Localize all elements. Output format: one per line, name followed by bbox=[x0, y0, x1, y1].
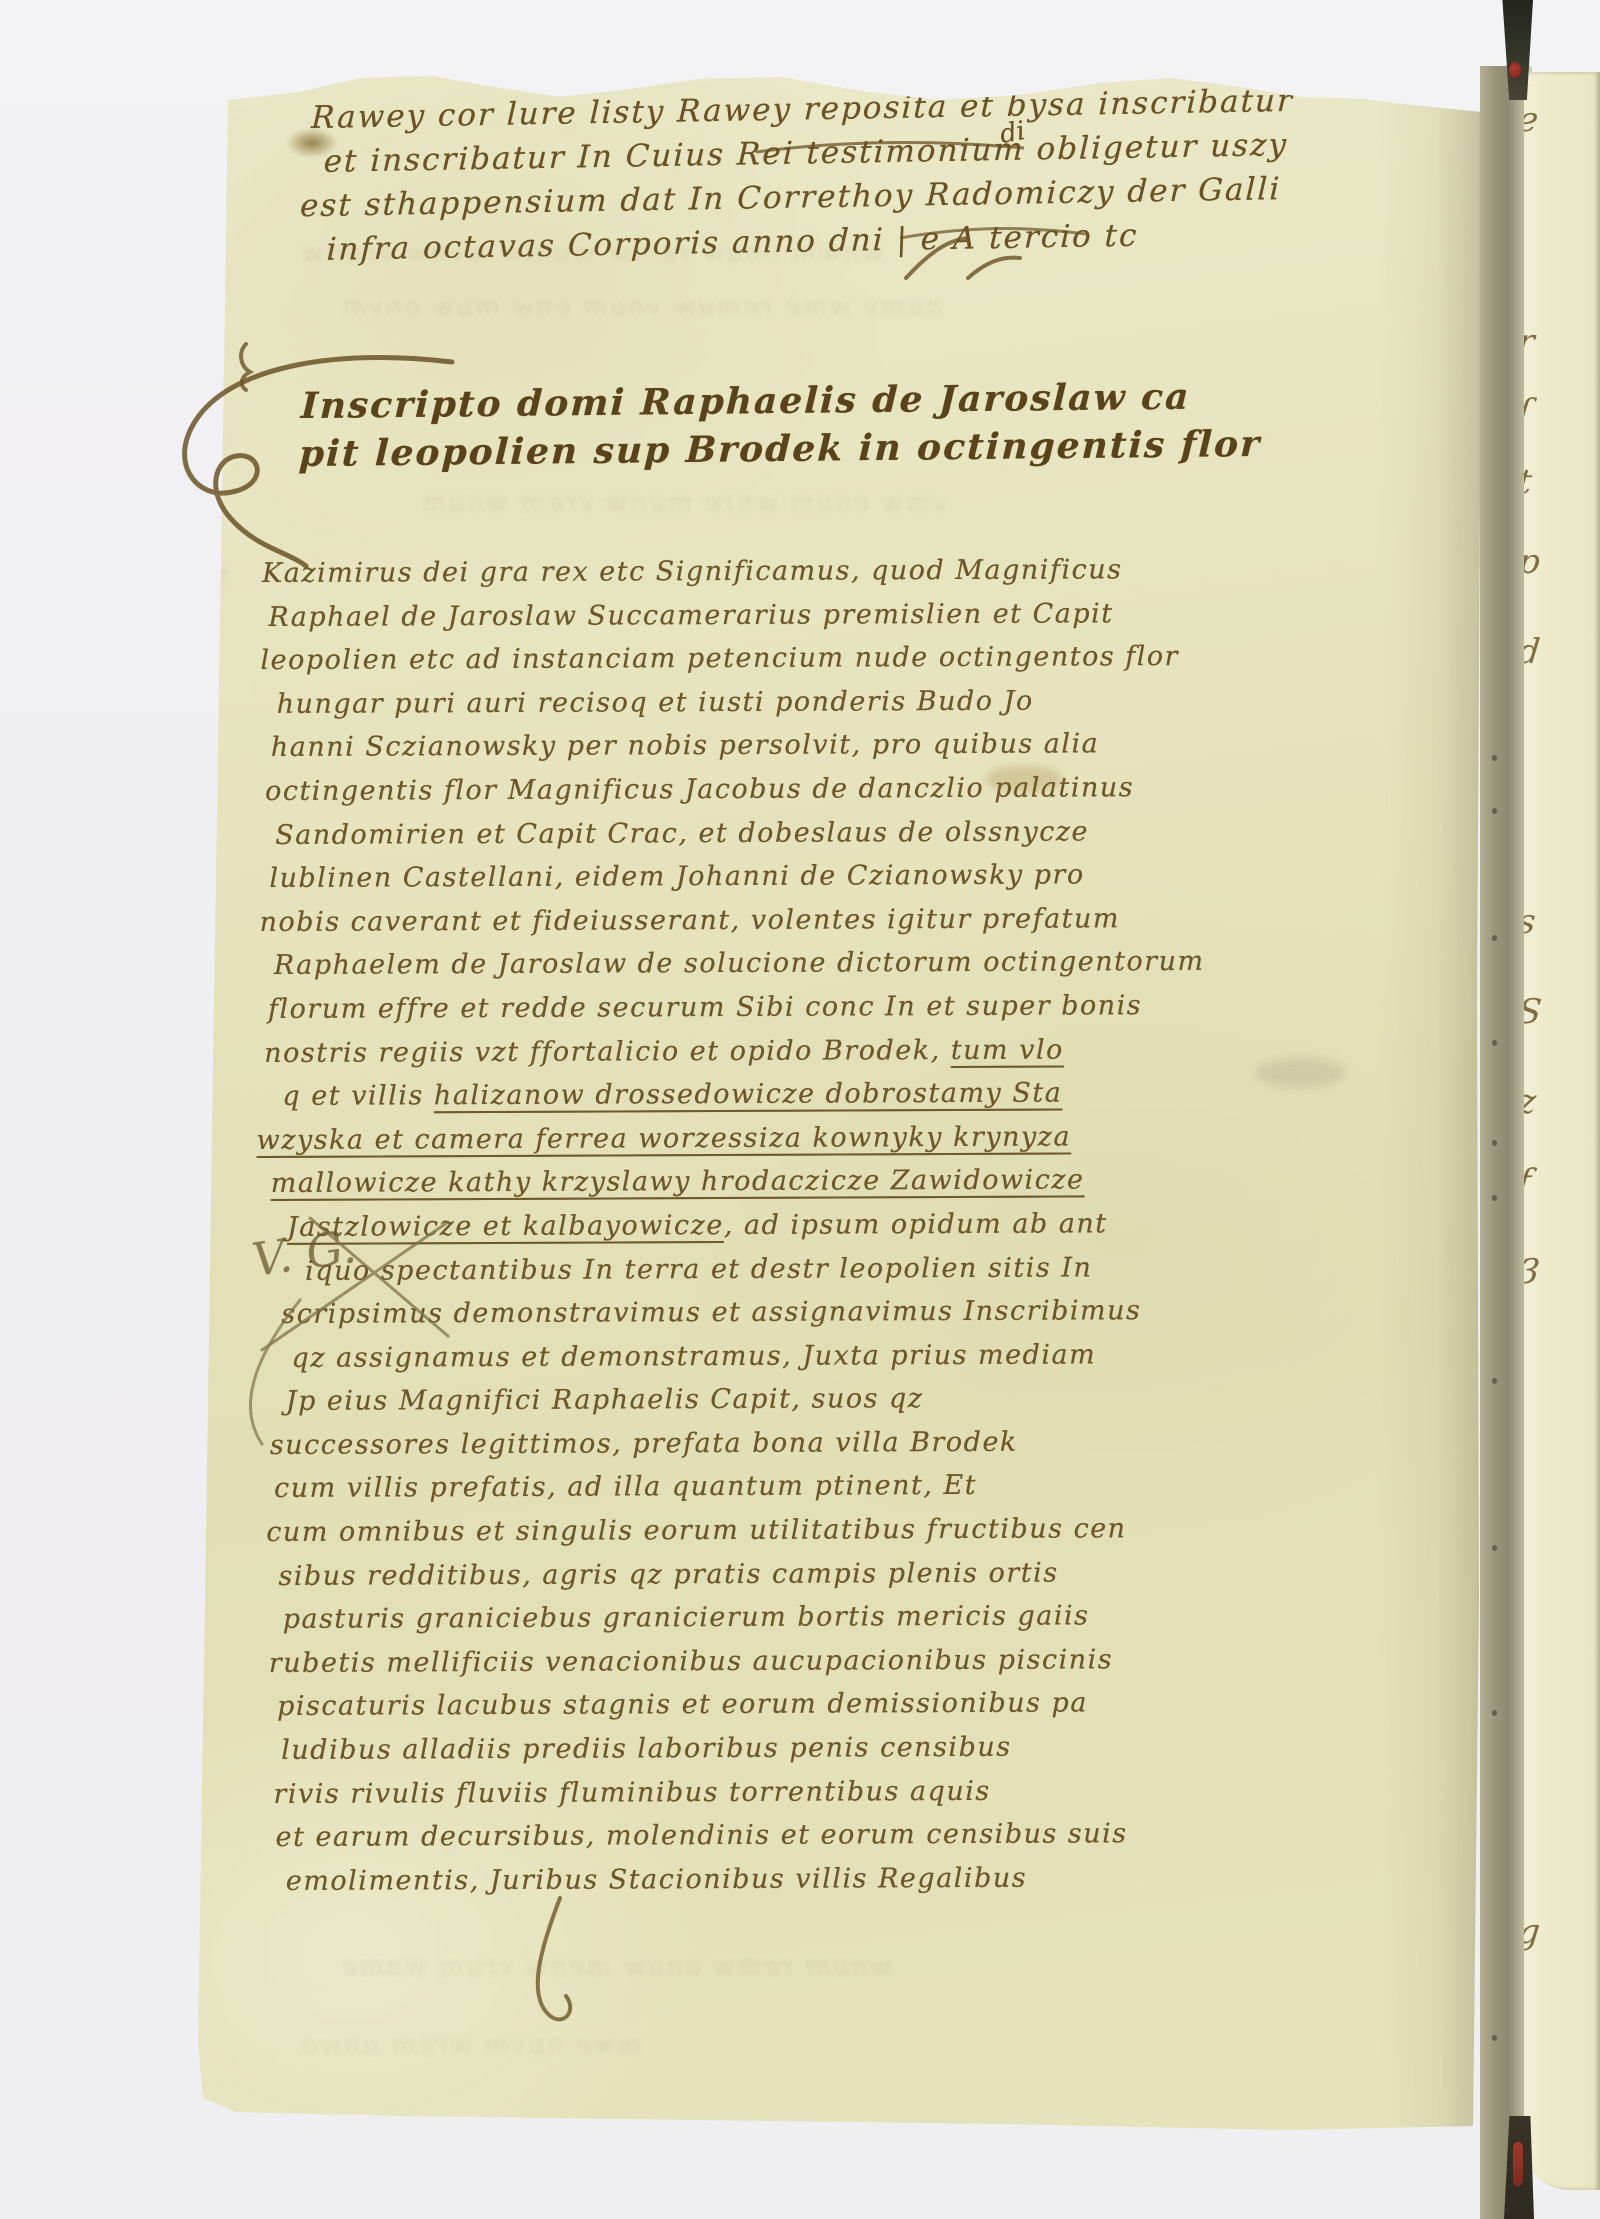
body-words: Sandomirien et Capit Crac, et dobeslaus … bbox=[275, 816, 1089, 851]
facing-page-text-fragment: d bbox=[1524, 632, 1542, 672]
body-line: pasturis graniciebus granicierum bortis … bbox=[283, 1594, 1327, 1642]
body-words: ludibus alladiis prediis laboribus penis… bbox=[281, 1732, 1011, 1766]
body-line: cum villis prefatis, ad illa quantum pti… bbox=[274, 1463, 1326, 1511]
show-through-text: mnw vne bbox=[70, 560, 230, 590]
wax-seal-spot bbox=[1509, 62, 1521, 78]
body-line: ludibus alladiis prediis laboribus penis… bbox=[281, 1724, 1327, 1772]
body-line: Sandomirien et Capit Crac, et dobeslaus … bbox=[275, 809, 1323, 857]
body-words: et earum decursibus, molendinis et eorum… bbox=[276, 1818, 1128, 1853]
body-line: wzyska et camera ferrea worzessiza kowny… bbox=[256, 1114, 1324, 1162]
body-words: rivis rivulis fluviis fluminibus torrent… bbox=[273, 1775, 990, 1809]
body-line: lublinen Castellani, eidem Johanni de Cz… bbox=[269, 853, 1323, 901]
body-line: piscaturis lacubus stagnis et eorum demi… bbox=[277, 1681, 1327, 1729]
heading-line: pit leopolien sup Brodek in octingentis … bbox=[298, 419, 1320, 478]
manuscript-page: wnwm onuw remw muniw wvnw erunw numv wme… bbox=[0, 0, 1600, 2219]
body-line: Raphaelem de Jaroslaw de solucione dicto… bbox=[274, 940, 1324, 988]
body-words: Raphaelem de Jaroslaw de solucione dicto… bbox=[274, 946, 1205, 981]
body-line: octingentis flor Magnificus Jacobus de d… bbox=[265, 765, 1323, 813]
show-through-text: wnum remw onuw menw vrum wnme bbox=[340, 1952, 892, 1982]
body-words: lublinen Castellani, eidem Johanni de Cz… bbox=[269, 860, 1084, 895]
facing-page-sliver: erſtpdsSzf3g bbox=[1524, 72, 1600, 2190]
body-words: iquo spectantibus In terra et destr leop… bbox=[305, 1252, 1092, 1286]
sewing-hole bbox=[1492, 2035, 1497, 2041]
body-line: nobis caverant et fideiusserant, volente… bbox=[260, 896, 1324, 944]
facing-page-text-fragment: e bbox=[1524, 100, 1540, 140]
facing-page-text-fragment: s bbox=[1524, 902, 1538, 942]
body-line: rubetis mellificiis venacionibus aucupac… bbox=[269, 1637, 1327, 1685]
body-words: piscaturis lacubus stagnis et eorum demi… bbox=[277, 1688, 1088, 1723]
show-through-text: mwe nuvm wrem unwo bbox=[300, 2030, 642, 2060]
body-words: cum omnibus et singulis eorum utilitatib… bbox=[266, 1513, 1126, 1548]
wax-seal-spot bbox=[1513, 2142, 1523, 2186]
header-note: Rawey cor lure listy Rawey reposita et b… bbox=[306, 78, 1322, 272]
underlined-words: wzyska et camera ferrea worzessiza kowny… bbox=[256, 1121, 1071, 1156]
body-words: Kazimirus dei gra rex etc Significamus, … bbox=[262, 554, 1122, 589]
body-line: iquo spectantibus In terra et destr leop… bbox=[305, 1245, 1325, 1293]
sewing-hole bbox=[1492, 1545, 1497, 1551]
body-words: sibus redditibus, agris qz pratis campis… bbox=[278, 1557, 1058, 1591]
show-through-text: vmw enum wnre munw vrem wnum bbox=[420, 488, 947, 518]
body-words: Raphael de Jaroslaw Succamerarius premis… bbox=[268, 598, 1113, 633]
underlined-words: tum vlo bbox=[951, 1034, 1064, 1065]
header-side-mark: di bbox=[998, 116, 1028, 150]
sewing-hole bbox=[1492, 1378, 1497, 1384]
body-line: leopolien etc ad instanciam petencium nu… bbox=[260, 635, 1322, 683]
body-words: qz assignamus et demonstramus, Juxta pri… bbox=[291, 1339, 1096, 1374]
body-line: florum effre et redde securum Sibi conс … bbox=[268, 983, 1324, 1031]
facing-page-text-fragment: f bbox=[1524, 1162, 1533, 1202]
body-line: successores legittimos, prefata bona vil… bbox=[270, 1419, 1326, 1467]
body-words: , ad ipsum opidum ab ant bbox=[724, 1208, 1108, 1241]
body-line: q et villis halizanow drossedowicze dobr… bbox=[282, 1070, 1324, 1118]
show-through-text: wun em bbox=[60, 760, 176, 790]
body-line: hungar puri auri recisoq et iusti ponder… bbox=[277, 678, 1323, 726]
page-curvature-shadow bbox=[1380, 70, 1485, 2150]
underlined-words: halizanow drossedowicze dobrostamy Sta bbox=[434, 1078, 1063, 1112]
body-line: hanni Sczianowsky per nobis persolvit, p… bbox=[271, 722, 1323, 770]
body-line: Raphael de Jaroslaw Succamerarius premis… bbox=[268, 591, 1322, 639]
sewing-hole bbox=[1492, 1040, 1497, 1046]
body-line: sibus redditibus, agris qz pratis campis… bbox=[278, 1550, 1326, 1598]
sewing-hole bbox=[1492, 1140, 1497, 1146]
body-line: mallowicze kathy krzyslawy hrodaczicze Z… bbox=[271, 1158, 1325, 1206]
facing-page-text-fragment: g bbox=[1524, 1912, 1542, 1952]
body-line: qz assignamus et demonstramus, Juxta pri… bbox=[291, 1332, 1325, 1380]
body-words: Jp eius Magnifici Raphaelis Capit, suos … bbox=[286, 1383, 924, 1417]
manuscript-scan: wnwm onuw remw muniw wvnw erunw numv wme… bbox=[0, 0, 1600, 2219]
show-through-text: nuw me bbox=[66, 1000, 182, 1030]
sewing-hole bbox=[1492, 808, 1497, 814]
body-words: rubetis mellificiis venacionibus aucupac… bbox=[269, 1644, 1113, 1679]
body-words: scripsimus demonstravimus et assignavimu… bbox=[281, 1295, 1141, 1330]
facing-page-text-fragment: 3 bbox=[1524, 1252, 1542, 1292]
body-line: Jastzlowicze et kalbayowicze, ad ipsum o… bbox=[287, 1201, 1325, 1249]
body-words: pasturis graniciebus granicierum bortis … bbox=[283, 1601, 1090, 1636]
facing-page-text-fragment: r bbox=[1524, 322, 1536, 362]
facing-page-text-fragment: S bbox=[1524, 992, 1543, 1032]
body-words: cum villis prefatis, ad illa quantum pti… bbox=[274, 1470, 977, 1504]
body-line: Kazimirus dei gra rex etc Significamus, … bbox=[262, 547, 1322, 595]
body-words: octingentis flor Magnificus Jacobus de d… bbox=[265, 772, 1134, 807]
body-line: rivis rivulis fluviis fluminibus torrent… bbox=[273, 1768, 1327, 1816]
underlined-words: mallowicze kathy krzyslawy hrodaczicze Z… bbox=[271, 1165, 1085, 1200]
sewing-hole bbox=[1492, 1195, 1497, 1201]
body-line: et earum decursibus, molendinis et eorum… bbox=[276, 1812, 1328, 1860]
underlined-words: Jastzlowicze et kalbayowicze bbox=[287, 1210, 724, 1243]
body-words: florum effre et redde securum Sibi conс … bbox=[268, 990, 1142, 1025]
body-words: q et villis bbox=[282, 1080, 434, 1112]
sewing-hole bbox=[1492, 755, 1497, 761]
body-text: Kazimirus dei gra rex etc Significamus, … bbox=[262, 547, 1328, 1903]
sewing-hole bbox=[1492, 935, 1497, 941]
sewing-hole bbox=[1492, 1710, 1497, 1716]
facing-page-text-fragment: t bbox=[1524, 462, 1534, 502]
body-words: leopolien etc ad instanciam petencium nu… bbox=[260, 641, 1179, 676]
body-line: scripsimus demonstravimus et assignavimu… bbox=[281, 1288, 1325, 1336]
facing-page-text-fragment: ſ bbox=[1524, 392, 1533, 432]
body-words: hanni Sczianowsky per nobis persolvit, p… bbox=[271, 729, 1099, 764]
facing-page-text-fragment: z bbox=[1524, 1082, 1538, 1122]
body-words: successores legittimos, prefata bona vil… bbox=[270, 1427, 1018, 1461]
show-through-text: numv wme remuw vnum enw muw onvm bbox=[340, 292, 943, 322]
body-line: nostris regiis vzt ffortalicio et opido … bbox=[264, 1027, 1324, 1075]
body-words: nobis caverant et fideiusserant, volente… bbox=[260, 903, 1121, 938]
facing-page-text-fragment: p bbox=[1524, 542, 1542, 582]
body-words: emolimentis, Juribus Stacionibus villis … bbox=[286, 1862, 1027, 1896]
body-line: emolimentis, Juribus Stacionibus villis … bbox=[286, 1855, 1328, 1903]
body-line: Jp eius Magnifici Raphaelis Capit, suos … bbox=[286, 1376, 1326, 1424]
entry-heading: Inscripto domi Raphaelis de Jaroslaw ca … bbox=[298, 371, 1322, 478]
body-words: nostris regiis vzt ffortalicio et opido … bbox=[264, 1035, 951, 1069]
body-line: cum omnibus et singulis eorum utilitatib… bbox=[266, 1506, 1326, 1554]
body-words: hungar puri auri recisoq et iusti ponder… bbox=[277, 685, 1034, 719]
